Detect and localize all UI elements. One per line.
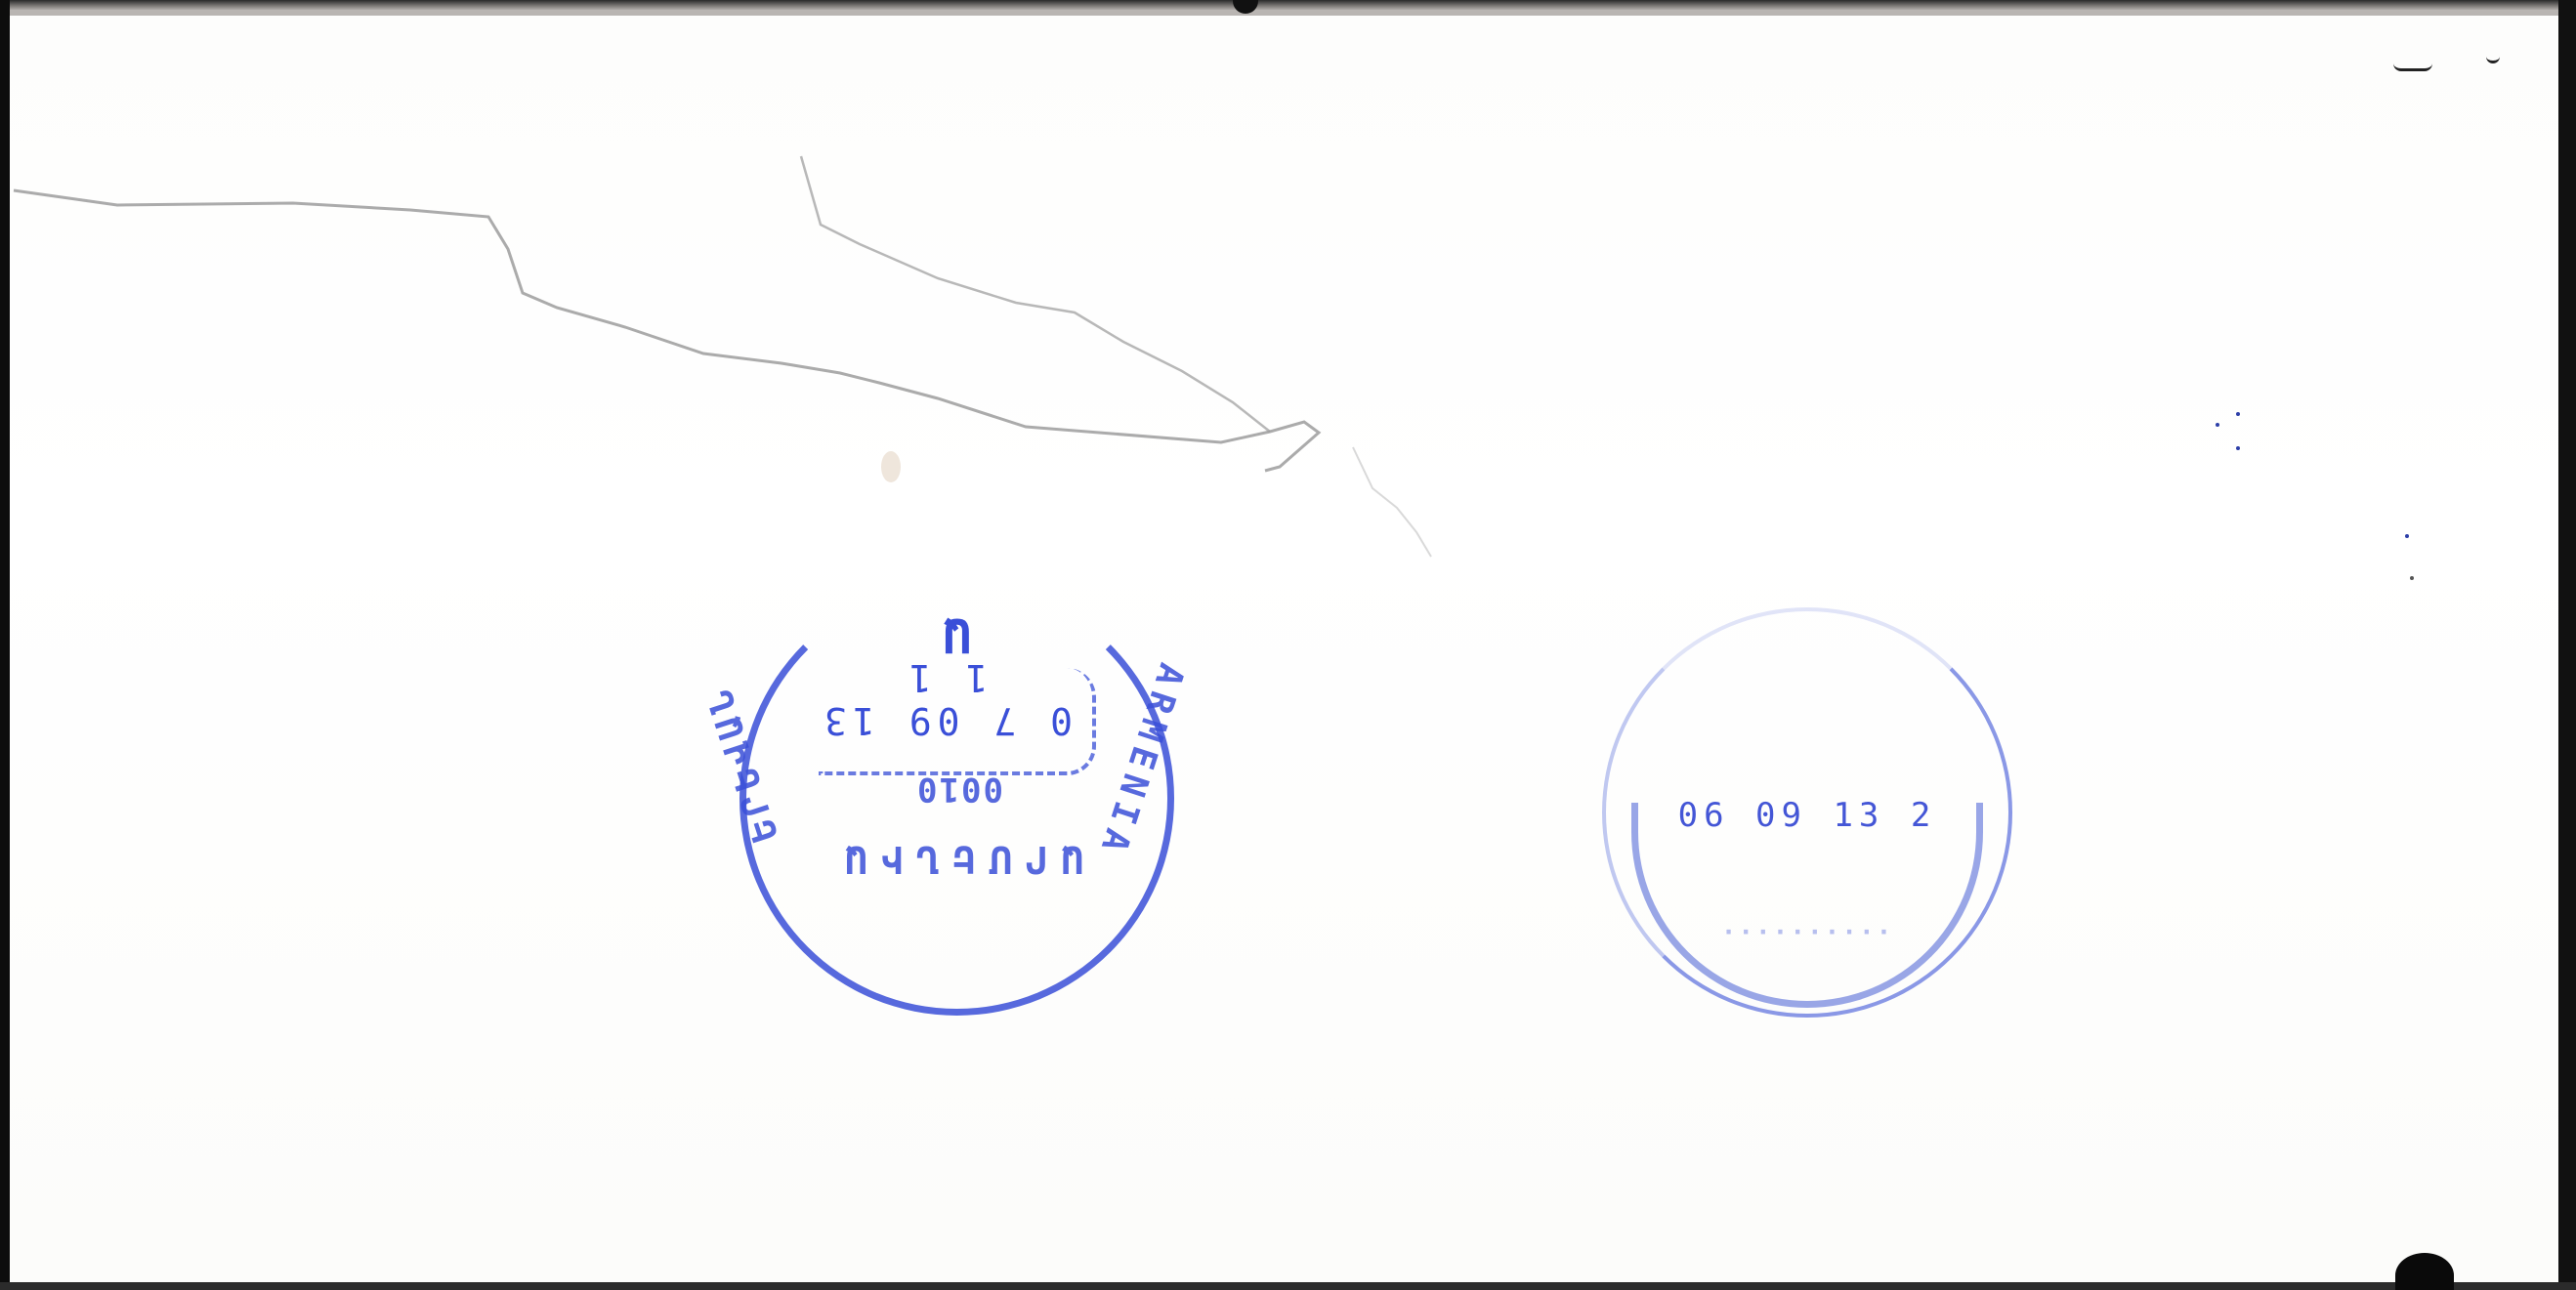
ink-speck (2216, 423, 2219, 427)
postmark-date: 0 7 09 13 1 1 (809, 656, 1082, 742)
corner-shadow (2395, 1253, 2454, 1290)
corner-mark (2393, 62, 2432, 71)
postmark-armenia: ԱՐՄԵՆԻԱ ARMENIA ԵՐԵՎԱՆ 0010 0 7 09 13 1 … (739, 576, 1174, 898)
postmark-faded: 06 09 13 2 ·········· (1602, 607, 2012, 1018)
ink-speck (2236, 446, 2240, 450)
envelope-bottom-edge (0, 1282, 2576, 1290)
ink-speck (2410, 576, 2414, 580)
ink-speck (2405, 534, 2409, 538)
envelope-back (8, 10, 2559, 1285)
envelope-right-edge (2558, 0, 2576, 1290)
envelope-left-edge (0, 0, 10, 1290)
postmark-office-code: 0010 (910, 770, 1008, 809)
postmark-date: 06 09 13 2 (1602, 796, 2012, 835)
ink-speck (2236, 412, 2240, 416)
postmark-place: ·········· (1602, 918, 2012, 947)
postmark-letter: Ա (932, 607, 981, 662)
